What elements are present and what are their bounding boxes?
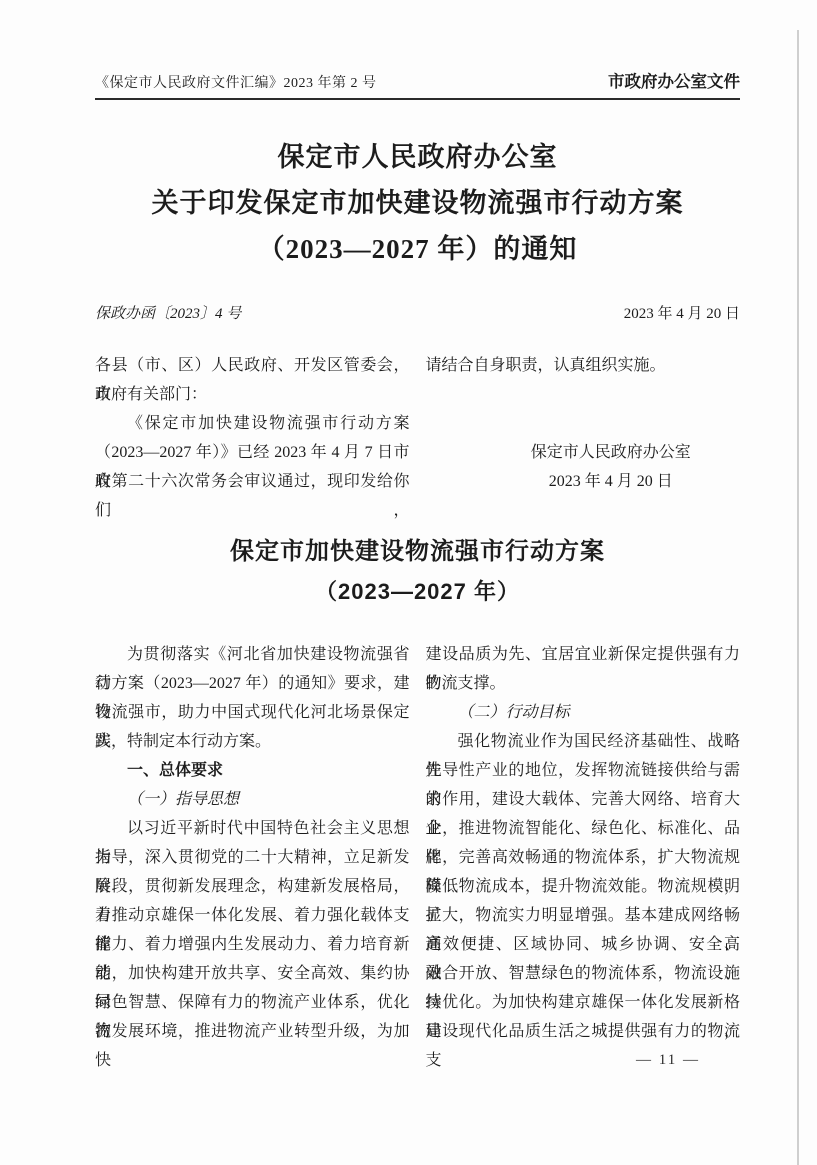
body-column-right: 建设品质为先、宜居宜业新保定提供强有力的 物流支撑。 （二）行动目标 强化物流业… [426, 640, 741, 1046]
body-line: 建设品质为先、宜居宜业新保定提供强有力的 [426, 640, 741, 669]
notice-line: 各县（市、区）人民政府、开发区管委会，市 [95, 351, 410, 380]
body-line: 为贯彻落实《河北省加快建设物流强省行 [95, 640, 410, 669]
scan-edge-line [797, 30, 799, 1165]
doc-date: 2023 年 4 月 20 日 [624, 302, 740, 323]
signature-date: 2023 年 4 月 20 日 [426, 467, 741, 496]
notice-line: （2023—2027 年）》已经 2023 年 4 月 7 日市政 [95, 438, 410, 467]
body-line: 能，加快构建开放共享、安全高效、集约协同、 [95, 959, 410, 988]
header-compilation-label: 《保定市人民政府文件汇编》2023 年第 2 号 [95, 72, 377, 92]
body-line: 建设现代化品质生活之城提供强有力的物流支 [426, 1017, 741, 1046]
notice-line: 请结合自身职责，认真组织实施。 [426, 351, 741, 380]
page-number: — 11 — [636, 1052, 700, 1069]
document-page: 《保定市人民政府文件汇编》2023 年第 2 号 市政府办公室文件 保定市人民政… [0, 0, 817, 1165]
body-line: 扩大，物流实力明显增强。基本建成网络畅通、 [426, 901, 741, 930]
body-line: 绿色智慧、保障有力的物流产业体系，优化物 [95, 988, 410, 1017]
body-line: 高效便捷、区域协同、城乡协调、安全高效、 [426, 930, 741, 959]
subsection-heading: （二）行动目标 [426, 698, 741, 727]
notice-line: 政府有关部门： [95, 380, 410, 409]
notice-column-left: 各县（市、区）人民政府、开发区管委会，市 政府有关部门： 《保定市加快建设物流强… [95, 351, 410, 496]
document-title-line-1: 保定市人民政府办公室 [95, 134, 740, 180]
docinfo-row: 保政办函〔2023〕4 号 2023 年 4 月 20 日 [95, 302, 740, 323]
document-title-line-2: 关于印发保定市加快建设物流强市行动方案 [95, 180, 740, 226]
body-line: 动方案（2023—2027 年）的通知》要求，建设 [95, 669, 410, 698]
page-header: 《保定市人民政府文件汇编》2023 年第 2 号 市政府办公室文件 [95, 68, 740, 100]
body-line: 业，推进物流智能化、绿色化、标准化、品牌 [426, 814, 741, 843]
signature-org: 保定市人民政府办公室 [426, 438, 741, 467]
header-doc-type-label: 市政府办公室文件 [608, 68, 740, 92]
body-line: 指导，深入贯彻党的二十大精神，立足新发展 [95, 843, 410, 872]
notice-columns: 各县（市、区）人民政府、开发区管委会，市 政府有关部门： 《保定市加快建设物流强… [95, 351, 740, 496]
body-line: 力推动京雄保一体化发展、着力强化载体支撑 [95, 901, 410, 930]
plan-title-line-2: （2023—2027 年） [95, 572, 740, 612]
body-line: 强化物流业作为国民经济基础性、战略性、 [426, 727, 741, 756]
body-line: 化，完善高效畅通的物流体系，扩大物流规模， [426, 843, 741, 872]
notice-line: 府第二十六次常务会审议通过，现印发给你们， [95, 467, 410, 496]
body-line: 物流支撑。 [426, 669, 741, 698]
body-line: 融合开放、智慧绿色的物流体系，物流设施持 [426, 959, 741, 988]
spacer-line [426, 380, 741, 409]
spacer-line [426, 409, 741, 438]
body-line: 物流强市，助力中国式现代化河北场景保定实 [95, 698, 410, 727]
plan-title-line-1: 保定市加快建设物流强市行动方案 [95, 532, 740, 572]
body-line: 降低物流成本，提升物流效能。物流规模明显 [426, 872, 741, 901]
section-heading: 一、总体要求 [95, 756, 410, 785]
body-line: 能力、着力增强内生发展动力、着力培育新动 [95, 930, 410, 959]
document-title: 保定市人民政府办公室 关于印发保定市加快建设物流强市行动方案 （2023—202… [95, 134, 740, 272]
plan-title: 保定市加快建设物流强市行动方案 （2023—2027 年） [95, 532, 740, 612]
body-line: 践，特制定本行动方案。 [95, 727, 410, 756]
subsection-heading: （一）指导思想 [95, 785, 410, 814]
body-column-left: 为贯彻落实《河北省加快建设物流强省行 动方案（2023—2027 年）的通知》要… [95, 640, 410, 1046]
body-line: 先导性产业的地位，发挥物流链接供给与需求 [426, 756, 741, 785]
document-title-line-3: （2023—2027 年）的通知 [95, 226, 740, 272]
doc-number: 保政办函〔2023〕4 号 [95, 302, 241, 323]
body-line: 以习近平新时代中国特色社会主义思想为 [95, 814, 410, 843]
body-line: 续优化。为加快构建京雄保一体化发展新格局， [426, 988, 741, 1017]
body-line: 流发展环境，推进物流产业转型升级，为加快 [95, 1017, 410, 1046]
body-line: 阶段，贯彻新发展理念，构建新发展格局，着 [95, 872, 410, 901]
body-line: 的作用，建设大载体、完善大网络、培育大企 [426, 785, 741, 814]
notice-line: 《保定市加快建设物流强市行动方案 [95, 409, 410, 438]
body-columns: 为贯彻落实《河北省加快建设物流强省行 动方案（2023—2027 年）的通知》要… [95, 640, 740, 1046]
notice-column-right: 请结合自身职责，认真组织实施。 保定市人民政府办公室 2023 年 4 月 20… [426, 351, 741, 496]
